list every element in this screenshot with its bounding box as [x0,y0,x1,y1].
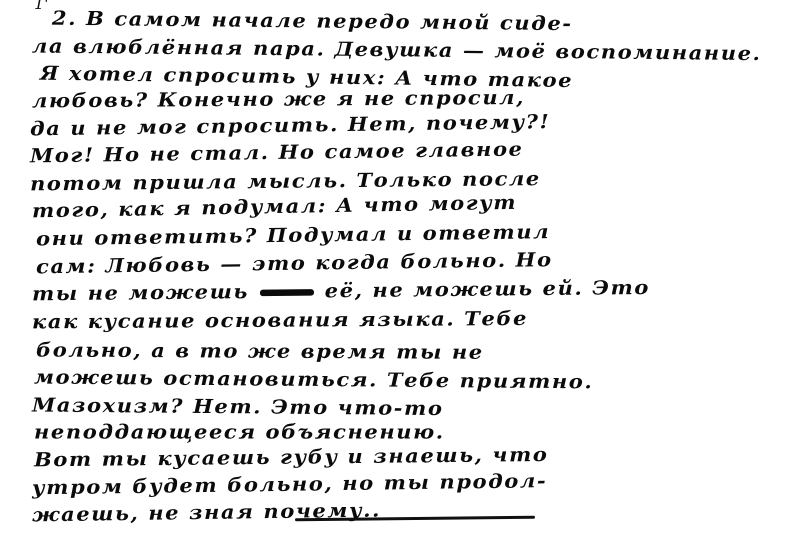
text-line: больно, а в то же время ты не [28,337,798,366]
struck-out-word [260,289,314,296]
text-line: как кусание основания языка. Тебе [28,304,798,335]
handwritten-text-block: 2. В самом начале передо мной сиде- ла в… [28,4,798,529]
scanned-handwritten-page: 1' 2. В самом начале передо мной сиде- л… [0,0,800,538]
text-line-with-strikeout: ты не можешь её, не можешь ей. Это [28,273,798,306]
text-line: можешь остановиться. Тебе приятно. [28,364,798,396]
